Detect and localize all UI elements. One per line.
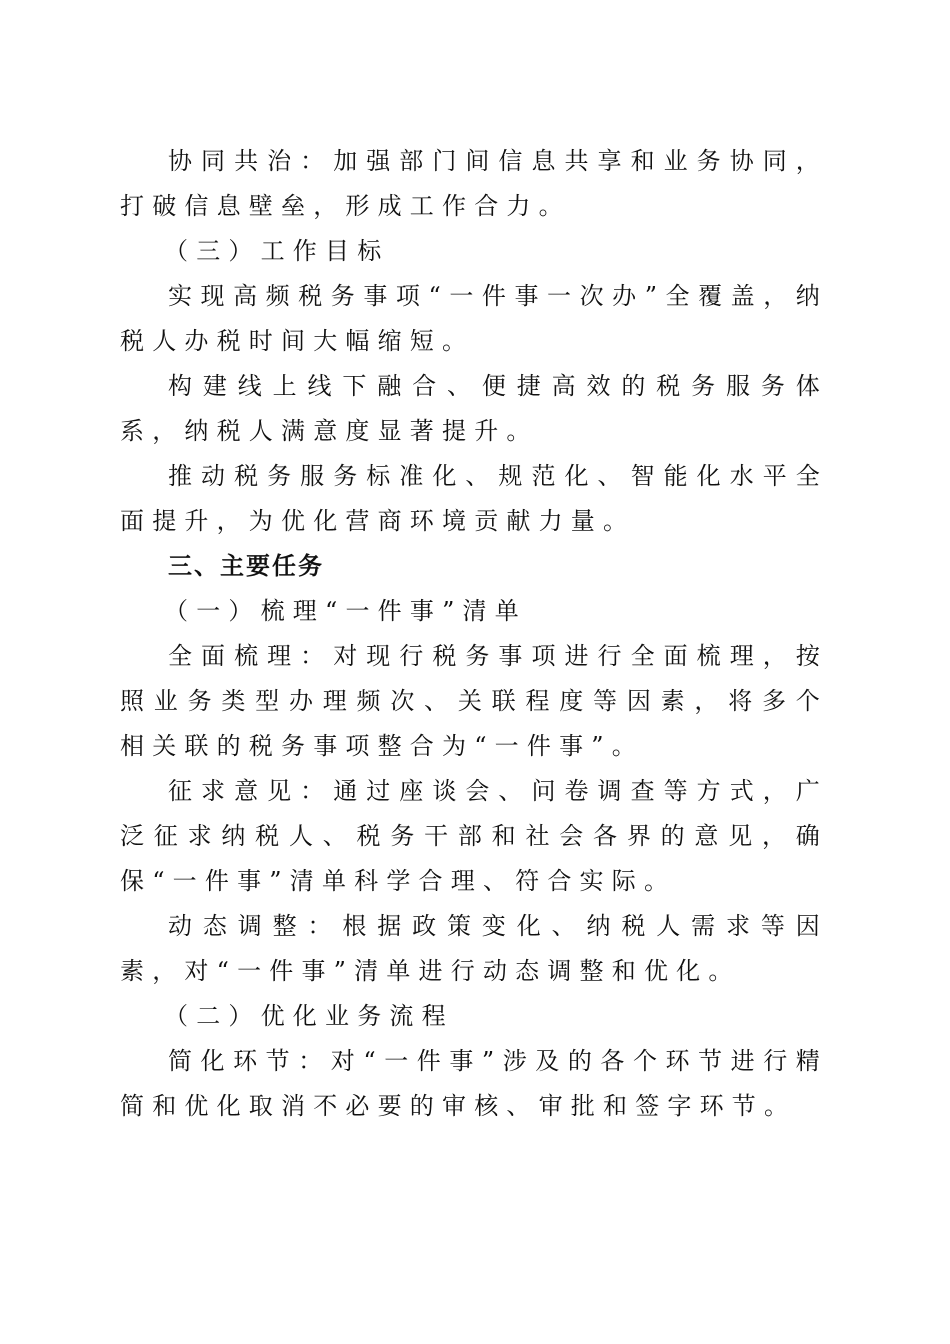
subheading-optimize-process: （二）优化业务流程 [120,994,828,1039]
paragraph-simplify-steps: 简化环节：对“一件事”涉及的各个环节进行精简和优化取消不必要的审核、审批和签字环… [120,1039,828,1129]
subheading-work-goals: （三）工作目标 [120,229,828,274]
paragraph-goal-one-stop: 实现高频税务事项“一件事一次办”全覆盖，纳税人办税时间大幅缩短。 [120,274,828,364]
paragraph-collaborative-governance: 协同共治：加强部门间信息共享和业务协同，打破信息壁垒，形成工作合力。 [120,139,828,229]
subheading-sort-list: （一）梳理“一件事”清单 [120,589,828,634]
paragraph-comprehensive-review: 全面梳理：对现行税务事项进行全面梳理，按照业务类型办理频次、关联程度等因素，将多… [120,634,828,769]
document-page: 协同共治：加强部门间信息共享和业务协同，打破信息壁垒，形成工作合力。 （三）工作… [120,139,828,1129]
paragraph-dynamic-adjustment: 动态调整：根据政策变化、纳税人需求等因素，对“一件事”清单进行动态调整和优化。 [120,904,828,994]
heading-main-tasks: 三、主要任务 [120,544,828,589]
paragraph-goal-standardization: 推动税务服务标准化、规范化、智能化水平全面提升，为优化营商环境贡献力量。 [120,454,828,544]
paragraph-solicit-opinions: 征求意见：通过座谈会、问卷调查等方式，广泛征求纳税人、税务干部和社会各界的意见，… [120,769,828,904]
paragraph-goal-service-system: 构建线上线下融合、便捷高效的税务服务体系，纳税人满意度显著提升。 [120,364,828,454]
